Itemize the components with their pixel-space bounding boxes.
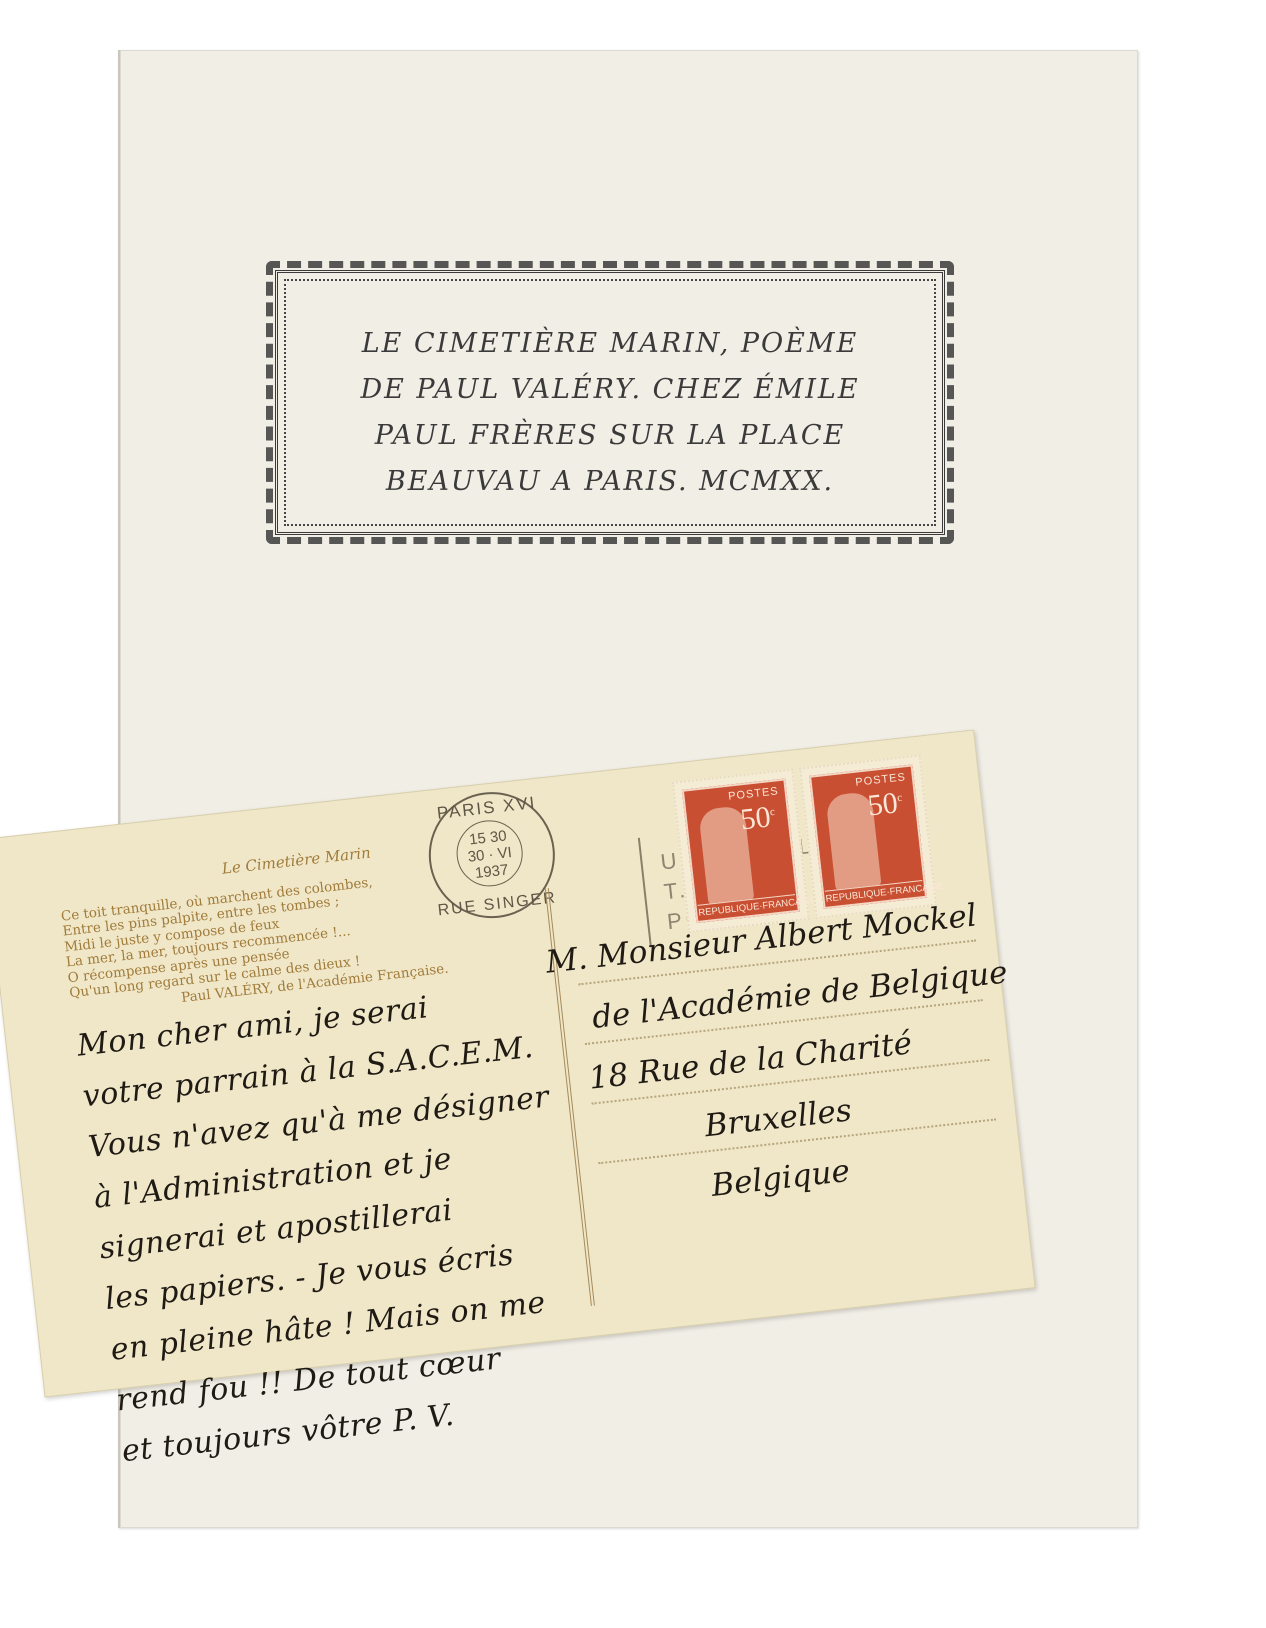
title-line: PAUL FRÈRES SUR LA PLACE: [278, 413, 942, 459]
stamp-value: 50c: [739, 800, 777, 838]
title-line: BEAUVAU A PARIS. MCMXX.: [278, 459, 942, 505]
book-title: LE CIMETIÈRE MARIN, POÈME DE PAUL VALÉRY…: [278, 321, 942, 505]
postmark: PARIS XVI 15 30 30 · VI 1937 RUE SINGER: [422, 786, 561, 925]
stamp-face: POSTES 50c REPUBLIQUE·FRANCAISE: [682, 778, 800, 923]
handwritten-message: Mon cher ami, je serai votre parrain à l…: [75, 968, 602, 1477]
recipient-address: M. Monsieur Albert Mockel de l'Académie …: [572, 882, 1002, 1222]
stamp-value: 50c: [866, 786, 904, 824]
postmark-office: RUE SINGER: [436, 889, 559, 920]
postmark-date: 15 30 30 · VI 1937: [453, 817, 526, 890]
title-line: DE PAUL VALÉRY. CHEZ ÉMILE: [278, 367, 942, 413]
postcard: Le Cimetière Marin Ce toit tranquille, o…: [0, 729, 1036, 1397]
title-line: LE CIMETIÈRE MARIN, POÈME: [278, 321, 942, 367]
stamp-face: POSTES 50c REPUBLIQUE·FRANCAISE: [809, 764, 927, 909]
title-frame: LE CIMETIÈRE MARIN, POÈME DE PAUL VALÉRY…: [275, 270, 945, 535]
